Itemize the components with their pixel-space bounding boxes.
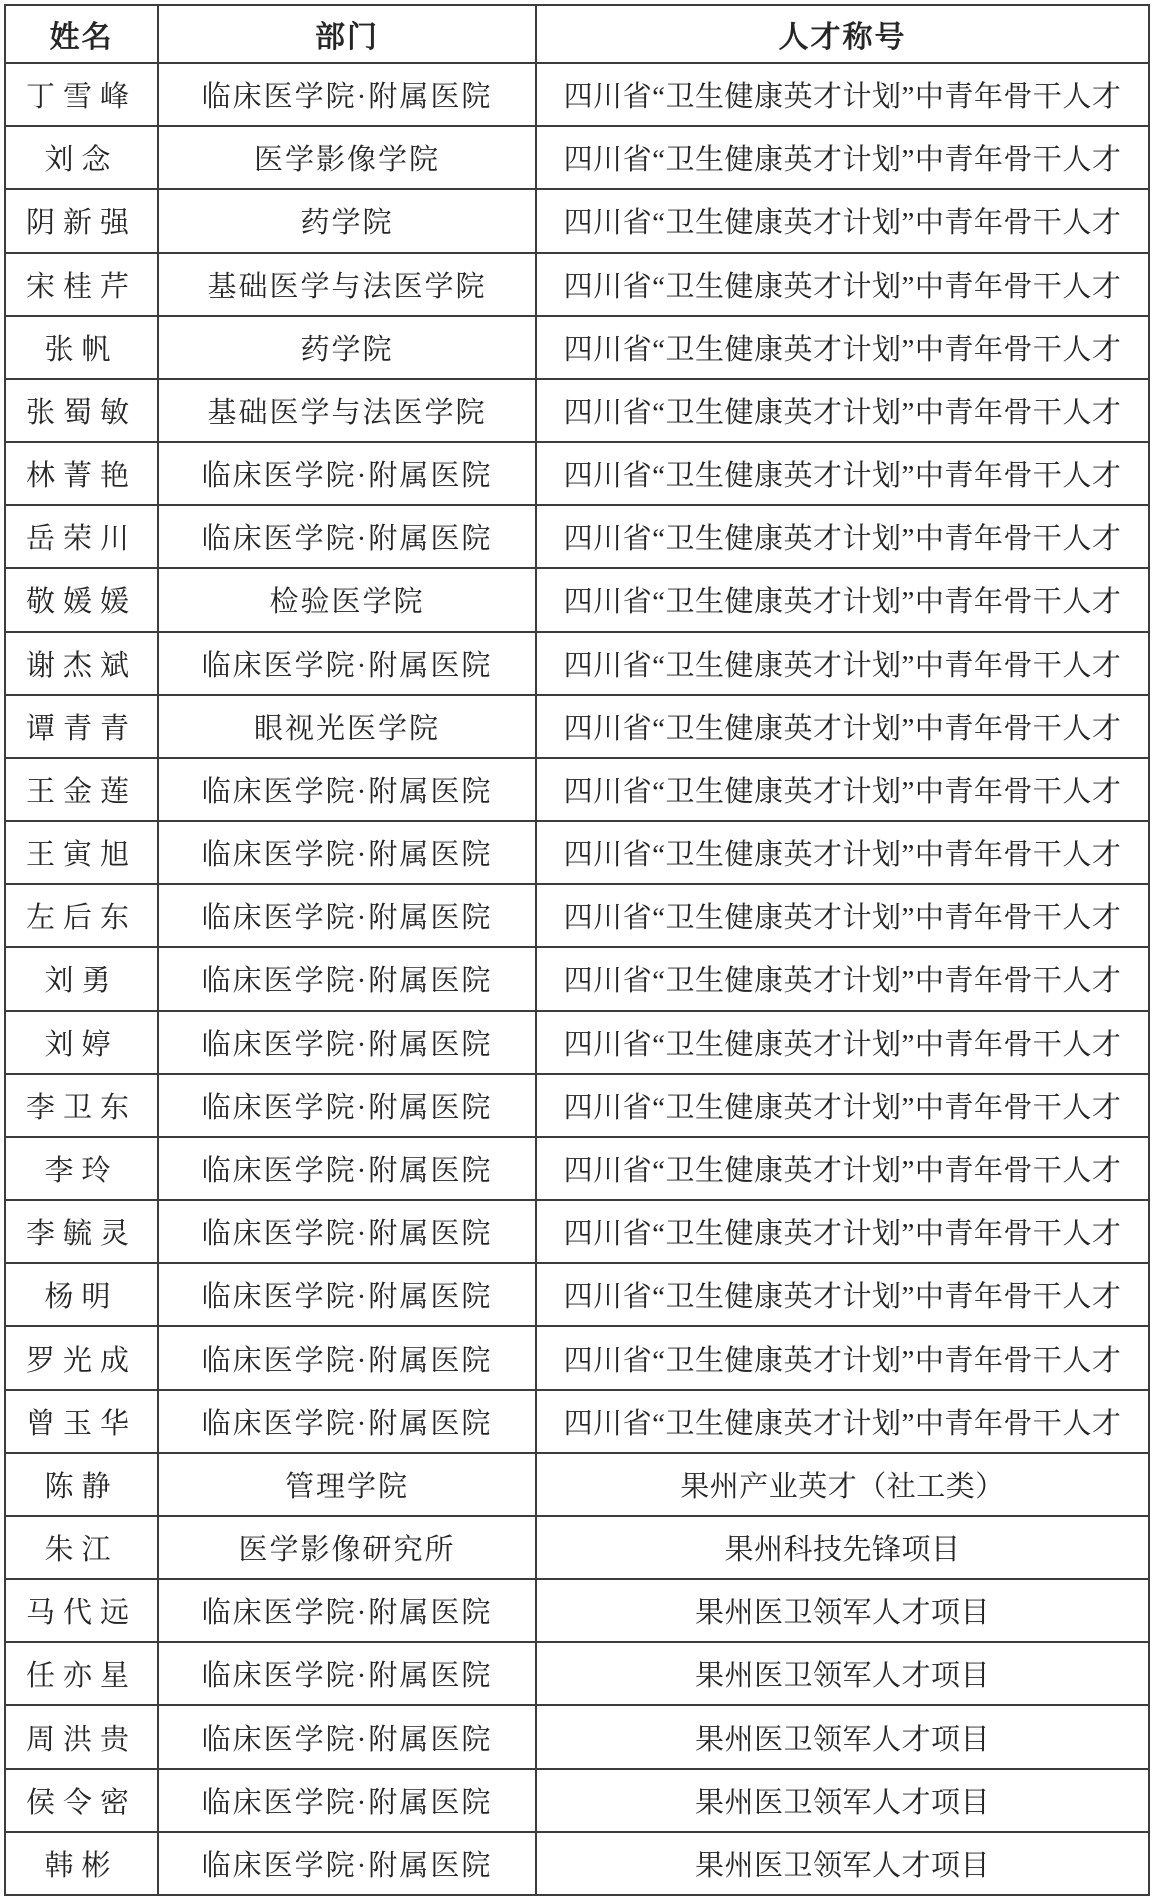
cell-department: 临床医学院·附属医院 [158,505,536,568]
table-row: 马代远 临床医学院·附属医院 果州医卫领军人才项目 [5,1579,1149,1642]
cell-title: 果州医卫领军人才项目 [536,1832,1149,1895]
table-row: 王寅旭 临床医学院·附属医院 四川省“卫生健康英才计划”中青年骨干人才 [5,821,1149,884]
table-row: 朱江 医学影像研究所 果州科技先锋项目 [5,1516,1149,1579]
cell-title: 四川省“卫生健康英才计划”中青年骨干人才 [536,505,1149,568]
cell-title: 四川省“卫生健康英才计划”中青年骨干人才 [536,632,1149,695]
table-row: 左后东 临床医学院·附属医院 四川省“卫生健康英才计划”中青年骨干人才 [5,884,1149,947]
cell-department: 临床医学院·附属医院 [158,884,536,947]
cell-name: 王寅旭 [5,821,158,884]
cell-department: 管理学院 [158,1453,536,1516]
cell-department: 临床医学院·附属医院 [158,1832,536,1895]
cell-title: 四川省“卫生健康英才计划”中青年骨干人才 [536,1137,1149,1200]
cell-title: 果州医卫领军人才项目 [536,1579,1149,1642]
table-row: 韩彬 临床医学院·附属医院 果州医卫领军人才项目 [5,1832,1149,1895]
table-row: 李玲 临床医学院·附属医院 四川省“卫生健康英才计划”中青年骨干人才 [5,1137,1149,1200]
cell-title: 四川省“卫生健康英才计划”中青年骨干人才 [536,1011,1149,1074]
cell-title: 果州医卫领军人才项目 [536,1769,1149,1832]
table-row: 谭青青 眼视光医学院 四川省“卫生健康英才计划”中青年骨干人才 [5,695,1149,758]
table-row: 刘勇 临床医学院·附属医院 四川省“卫生健康英才计划”中青年骨干人才 [5,947,1149,1010]
cell-name: 韩彬 [5,1832,158,1895]
cell-name: 朱江 [5,1516,158,1579]
cell-name: 刘勇 [5,947,158,1010]
cell-name: 宋桂芹 [5,253,158,316]
cell-department: 临床医学院·附属医院 [158,1011,536,1074]
cell-title: 四川省“卫生健康英才计划”中青年骨干人才 [536,316,1149,379]
table-row: 张帆 药学院 四川省“卫生健康英才计划”中青年骨干人才 [5,316,1149,379]
cell-title: 四川省“卫生健康英才计划”中青年骨干人才 [536,442,1149,505]
cell-title: 四川省“卫生健康英才计划”中青年骨干人才 [536,1074,1149,1137]
cell-title: 四川省“卫生健康英才计划”中青年骨干人才 [536,947,1149,1010]
cell-department: 临床医学院·附属医院 [158,821,536,884]
table-row: 周洪贵 临床医学院·附属医院 果州医卫领军人才项目 [5,1705,1149,1768]
table-row: 杨明 临床医学院·附属医院 四川省“卫生健康英才计划”中青年骨干人才 [5,1263,1149,1326]
cell-department: 临床医学院·附属医院 [158,947,536,1010]
cell-name: 陈静 [5,1453,158,1516]
cell-name: 马代远 [5,1579,158,1642]
cell-department: 医学影像学院 [158,126,536,189]
cell-department: 临床医学院·附属医院 [158,1642,536,1705]
cell-department: 医学影像研究所 [158,1516,536,1579]
cell-title: 果州产业英才（社工类） [536,1453,1149,1516]
cell-department: 临床医学院·附属医院 [158,1769,536,1832]
table-row: 陈静 管理学院 果州产业英才（社工类） [5,1453,1149,1516]
cell-title: 四川省“卫生健康英才计划”中青年骨干人才 [536,1326,1149,1389]
header-department: 部门 [158,5,536,63]
cell-department: 基础医学与法医学院 [158,379,536,442]
talent-table: 姓名 部门 人才称号 丁雪峰 临床医学院·附属医院 四川省“卫生健康英才计划”中… [4,4,1150,1896]
cell-name: 谢杰斌 [5,632,158,695]
cell-title: 四川省“卫生健康英才计划”中青年骨干人才 [536,884,1149,947]
cell-name: 阴新强 [5,189,158,252]
table-row: 林菁艳 临床医学院·附属医院 四川省“卫生健康英才计划”中青年骨干人才 [5,442,1149,505]
cell-name: 张帆 [5,316,158,379]
table-row: 刘婷 临床医学院·附属医院 四川省“卫生健康英才计划”中青年骨干人才 [5,1011,1149,1074]
cell-name: 敬媛媛 [5,568,158,631]
table-row: 张蜀敏 基础医学与法医学院 四川省“卫生健康英才计划”中青年骨干人才 [5,379,1149,442]
cell-department: 临床医学院·附属医院 [158,63,536,126]
cell-department: 临床医学院·附属医院 [158,632,536,695]
cell-title: 果州医卫领军人才项目 [536,1642,1149,1705]
cell-department: 检验医学院 [158,568,536,631]
table-row: 曾玉华 临床医学院·附属医院 四川省“卫生健康英才计划”中青年骨干人才 [5,1390,1149,1453]
table-row: 敬媛媛 检验医学院 四川省“卫生健康英才计划”中青年骨干人才 [5,568,1149,631]
table-body: 丁雪峰 临床医学院·附属医院 四川省“卫生健康英才计划”中青年骨干人才 刘念 医… [5,63,1149,1895]
cell-name: 曾玉华 [5,1390,158,1453]
cell-department: 临床医学院·附属医院 [158,1579,536,1642]
cell-title: 四川省“卫生健康英才计划”中青年骨干人才 [536,379,1149,442]
cell-name: 左后东 [5,884,158,947]
cell-name: 侯令密 [5,1769,158,1832]
cell-department: 药学院 [158,189,536,252]
table-row: 丁雪峰 临床医学院·附属医院 四川省“卫生健康英才计划”中青年骨干人才 [5,63,1149,126]
cell-title: 四川省“卫生健康英才计划”中青年骨干人才 [536,253,1149,316]
header-name: 姓名 [5,5,158,63]
cell-title: 四川省“卫生健康英才计划”中青年骨干人才 [536,126,1149,189]
cell-name: 林菁艳 [5,442,158,505]
cell-department: 临床医学院·附属医院 [158,1074,536,1137]
table-row: 刘念 医学影像学院 四川省“卫生健康英才计划”中青年骨干人才 [5,126,1149,189]
cell-department: 药学院 [158,316,536,379]
cell-department: 临床医学院·附属医院 [158,1390,536,1453]
cell-name: 张蜀敏 [5,379,158,442]
cell-title: 四川省“卫生健康英才计划”中青年骨干人才 [536,1200,1149,1263]
table-row: 罗光成 临床医学院·附属医院 四川省“卫生健康英才计划”中青年骨干人才 [5,1326,1149,1389]
cell-title: 果州科技先锋项目 [536,1516,1149,1579]
document-page: 姓名 部门 人才称号 丁雪峰 临床医学院·附属医院 四川省“卫生健康英才计划”中… [0,0,1152,1904]
cell-title: 四川省“卫生健康英才计划”中青年骨干人才 [536,758,1149,821]
cell-name: 周洪贵 [5,1705,158,1768]
cell-name: 刘念 [5,126,158,189]
table-row: 谢杰斌 临床医学院·附属医院 四川省“卫生健康英才计划”中青年骨干人才 [5,632,1149,695]
header-talent-title: 人才称号 [536,5,1149,63]
cell-name: 李卫东 [5,1074,158,1137]
cell-name: 岳荣川 [5,505,158,568]
cell-name: 丁雪峰 [5,63,158,126]
table-row: 李卫东 临床医学院·附属医院 四川省“卫生健康英才计划”中青年骨干人才 [5,1074,1149,1137]
table-row: 李毓灵 临床医学院·附属医院 四川省“卫生健康英才计划”中青年骨干人才 [5,1200,1149,1263]
cell-department: 眼视光医学院 [158,695,536,758]
cell-title: 四川省“卫生健康英才计划”中青年骨干人才 [536,189,1149,252]
cell-title: 四川省“卫生健康英才计划”中青年骨干人才 [536,1390,1149,1453]
table-row: 任亦星 临床医学院·附属医院 果州医卫领军人才项目 [5,1642,1149,1705]
cell-name: 任亦星 [5,1642,158,1705]
cell-title: 四川省“卫生健康英才计划”中青年骨干人才 [536,568,1149,631]
cell-name: 李毓灵 [5,1200,158,1263]
cell-department: 临床医学院·附属医院 [158,442,536,505]
header-row: 姓名 部门 人才称号 [5,5,1149,63]
cell-department: 临床医学院·附属医院 [158,1200,536,1263]
table-row: 岳荣川 临床医学院·附属医院 四川省“卫生健康英才计划”中青年骨干人才 [5,505,1149,568]
cell-name: 王金莲 [5,758,158,821]
cell-title: 果州医卫领军人才项目 [536,1705,1149,1768]
table-row: 阴新强 药学院 四川省“卫生健康英才计划”中青年骨干人才 [5,189,1149,252]
table-row: 侯令密 临床医学院·附属医院 果州医卫领军人才项目 [5,1769,1149,1832]
cell-department: 临床医学院·附属医院 [158,1326,536,1389]
cell-name: 谭青青 [5,695,158,758]
cell-title: 四川省“卫生健康英才计划”中青年骨干人才 [536,1263,1149,1326]
cell-department: 临床医学院·附属医院 [158,1137,536,1200]
cell-title: 四川省“卫生健康英才计划”中青年骨干人才 [536,695,1149,758]
cell-department: 临床医学院·附属医院 [158,1263,536,1326]
cell-name: 罗光成 [5,1326,158,1389]
table-row: 宋桂芹 基础医学与法医学院 四川省“卫生健康英才计划”中青年骨干人才 [5,253,1149,316]
cell-name: 李玲 [5,1137,158,1200]
cell-department: 基础医学与法医学院 [158,253,536,316]
cell-name: 刘婷 [5,1011,158,1074]
cell-title: 四川省“卫生健康英才计划”中青年骨干人才 [536,821,1149,884]
cell-department: 临床医学院·附属医院 [158,758,536,821]
cell-title: 四川省“卫生健康英才计划”中青年骨干人才 [536,63,1149,126]
table-row: 王金莲 临床医学院·附属医院 四川省“卫生健康英才计划”中青年骨干人才 [5,758,1149,821]
cell-name: 杨明 [5,1263,158,1326]
cell-department: 临床医学院·附属医院 [158,1705,536,1768]
